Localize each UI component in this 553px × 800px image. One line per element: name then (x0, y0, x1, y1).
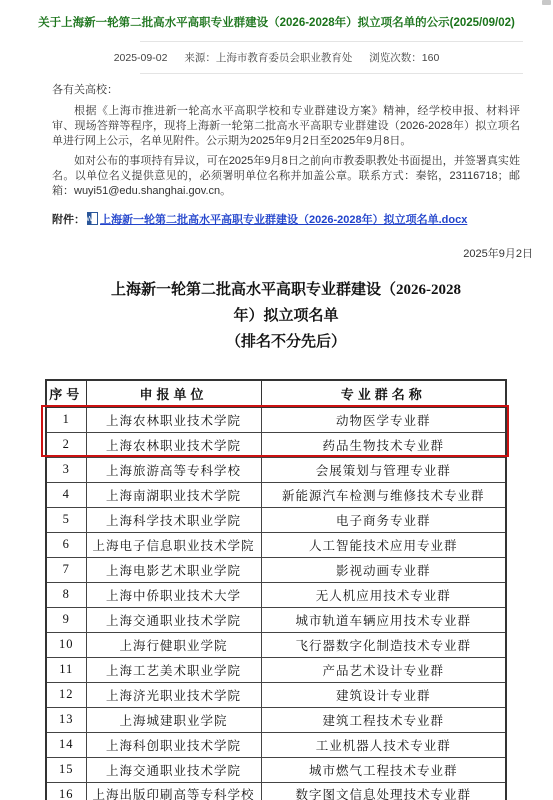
cell-group: 影视动画专业群 (261, 557, 506, 582)
table-row: 7上海电影艺术职业学院影视动画专业群 (46, 557, 506, 582)
word-doc-icon: W (87, 212, 98, 225)
document-title-line-1: 上海新一轮第二批高水平高职专业群建设（2026-2028 (52, 277, 520, 303)
publish-date: 2025-09-02 (114, 52, 168, 64)
cell-no: 13 (46, 707, 86, 732)
document-title: 上海新一轮第二批高水平高职专业群建设（2026-2028 年）拟立项名单 （排名… (52, 277, 520, 355)
view-count: 浏览次数：160 (369, 52, 439, 64)
results-table-wrap: 序号 申报单位 专业群名称 1上海农林职业技术学院动物医学专业群2上海农林职业技… (45, 379, 505, 800)
cell-unit: 上海行健职业学院 (86, 632, 261, 657)
results-table: 序号 申报单位 专业群名称 1上海农林职业技术学院动物医学专业群2上海农林职业技… (45, 379, 507, 800)
cell-no: 4 (46, 482, 86, 507)
cell-unit: 上海出版印刷高等专科学校 (86, 782, 261, 800)
attachment-row: 附件：W上海新一轮第二批高水平高职专业群建设（2026-2028年）拟立项名单.… (52, 212, 520, 228)
cell-no: 7 (46, 557, 86, 582)
cell-unit: 上海科创职业技术学院 (86, 732, 261, 757)
cell-unit: 上海济光职业技术学院 (86, 682, 261, 707)
table-row: 12上海济光职业技术学院建筑设计专业群 (46, 682, 506, 707)
cell-group: 药品生物技术专业群 (261, 432, 506, 457)
cell-unit: 上海工艺美术职业学院 (86, 657, 261, 682)
cell-group: 无人机应用技术专业群 (261, 582, 506, 607)
cell-group: 建筑设计专业群 (261, 682, 506, 707)
announcement-page: 关于上海新一轮第二批高水平高职专业群建设（2026-2028年）拟立项名单的公示… (0, 0, 553, 800)
cell-group: 新能源汽车检测与维修技术专业群 (261, 482, 506, 507)
cell-no: 5 (46, 507, 86, 532)
cell-no: 3 (46, 457, 86, 482)
svg-text:W: W (87, 216, 93, 223)
cell-unit: 上海南湖职业技术学院 (86, 482, 261, 507)
paragraph-1: 根据《上海市推进新一轮高水平高职学校和专业群建设方案》精神，经学校申报、材料评审… (52, 104, 520, 149)
cell-no: 10 (46, 632, 86, 657)
header-group: 专业群名称 (261, 380, 506, 407)
table-row: 2上海农林职业技术学院药品生物技术专业群 (46, 432, 506, 457)
cell-group: 飞行器数字化制造技术专业群 (261, 632, 506, 657)
cell-group: 人工智能技术应用专业群 (261, 532, 506, 557)
cell-group: 城市轨道车辆应用技术专业群 (261, 607, 506, 632)
table-row: 1上海农林职业技术学院动物医学专业群 (46, 407, 506, 432)
table-row: 8上海中侨职业技术大学无人机应用技术专业群 (46, 582, 506, 607)
table-row: 13上海城建职业学院建筑工程技术专业群 (46, 707, 506, 732)
cell-no: 15 (46, 757, 86, 782)
cell-unit: 上海城建职业学院 (86, 707, 261, 732)
article-meta: 2025-09-02 来源：上海市教育委员会职业教育处 浏览次数：160 (0, 42, 553, 73)
salutation: 各有关高校： (52, 83, 520, 98)
table-header-row: 序号 申报单位 专业群名称 (46, 380, 506, 407)
cell-group: 建筑工程技术专业群 (261, 707, 506, 732)
cell-group: 城市燃气工程技术专业群 (261, 757, 506, 782)
cell-group: 动物医学专业群 (261, 407, 506, 432)
table-row: 10上海行健职业学院飞行器数字化制造技术专业群 (46, 632, 506, 657)
cell-unit: 上海中侨职业技术大学 (86, 582, 261, 607)
paragraph-2: 如对公布的事项持有异议，可在2025年9月8日之前向市教委职教处书面提出，并签署… (52, 154, 520, 199)
document-title-line-2: 年）拟立项名单 (52, 303, 520, 329)
table-body: 1上海农林职业技术学院动物医学专业群2上海农林职业技术学院药品生物技术专业群3上… (46, 407, 506, 800)
article-body: 各有关高校： 根据《上海市推进新一轮高水平高职学校和专业群建设方案》精神，经学校… (0, 83, 553, 355)
attachment-label: 附件： (52, 214, 85, 226)
attachment-link[interactable]: 上海新一轮第二批高水平高职专业群建设（2026-2028年）拟立项名单.docx (100, 214, 467, 226)
cell-no: 16 (46, 782, 86, 800)
cell-no: 9 (46, 607, 86, 632)
cell-no: 2 (46, 432, 86, 457)
table-row: 4上海南湖职业技术学院新能源汽车检测与维修技术专业群 (46, 482, 506, 507)
cell-group: 会展策划与管理专业群 (261, 457, 506, 482)
cell-no: 1 (46, 407, 86, 432)
table-row: 3上海旅游高等专科学校会展策划与管理专业群 (46, 457, 506, 482)
sign-date: 2025年9月2日 (52, 245, 533, 261)
cell-group: 产品艺术设计专业群 (261, 657, 506, 682)
cell-group: 电子商务专业群 (261, 507, 506, 532)
table-row: 5上海科学技术职业学院电子商务专业群 (46, 507, 506, 532)
header-no: 序号 (46, 380, 86, 407)
cell-no: 8 (46, 582, 86, 607)
document-title-line-3: （排名不分先后） (52, 329, 520, 355)
cell-unit: 上海农林职业技术学院 (86, 432, 261, 457)
cell-unit: 上海电子信息职业技术学院 (86, 532, 261, 557)
table-row: 16上海出版印刷高等专科学校数字图文信息处理技术专业群 (46, 782, 506, 800)
table-row: 15上海交通职业技术学院城市燃气工程技术专业群 (46, 757, 506, 782)
cell-no: 11 (46, 657, 86, 682)
table-row: 14上海科创职业技术学院工业机器人技术专业群 (46, 732, 506, 757)
cell-unit: 上海交通职业技术学院 (86, 607, 261, 632)
scrollbar-thumb[interactable] (542, 0, 551, 5)
cell-unit: 上海农林职业技术学院 (86, 407, 261, 432)
cell-unit: 上海科学技术职业学院 (86, 507, 261, 532)
table-row: 11上海工艺美术职业学院产品艺术设计专业群 (46, 657, 506, 682)
divider-bottom (140, 73, 523, 74)
cell-group: 工业机器人技术专业群 (261, 732, 506, 757)
cell-unit: 上海电影艺术职业学院 (86, 557, 261, 582)
header-unit: 申报单位 (86, 380, 261, 407)
table-row: 6上海电子信息职业技术学院人工智能技术应用专业群 (46, 532, 506, 557)
cell-group: 数字图文信息处理技术专业群 (261, 782, 506, 800)
cell-no: 14 (46, 732, 86, 757)
cell-unit: 上海交通职业技术学院 (86, 757, 261, 782)
cell-unit: 上海旅游高等专科学校 (86, 457, 261, 482)
cell-no: 12 (46, 682, 86, 707)
page-title: 关于上海新一轮第二批高水平高职专业群建设（2026-2028年）拟立项名单的公示… (0, 0, 553, 32)
table-row: 9上海交通职业技术学院城市轨道车辆应用技术专业群 (46, 607, 506, 632)
source-label: 来源：上海市教育委员会职业教育处 (184, 52, 352, 64)
cell-no: 6 (46, 532, 86, 557)
